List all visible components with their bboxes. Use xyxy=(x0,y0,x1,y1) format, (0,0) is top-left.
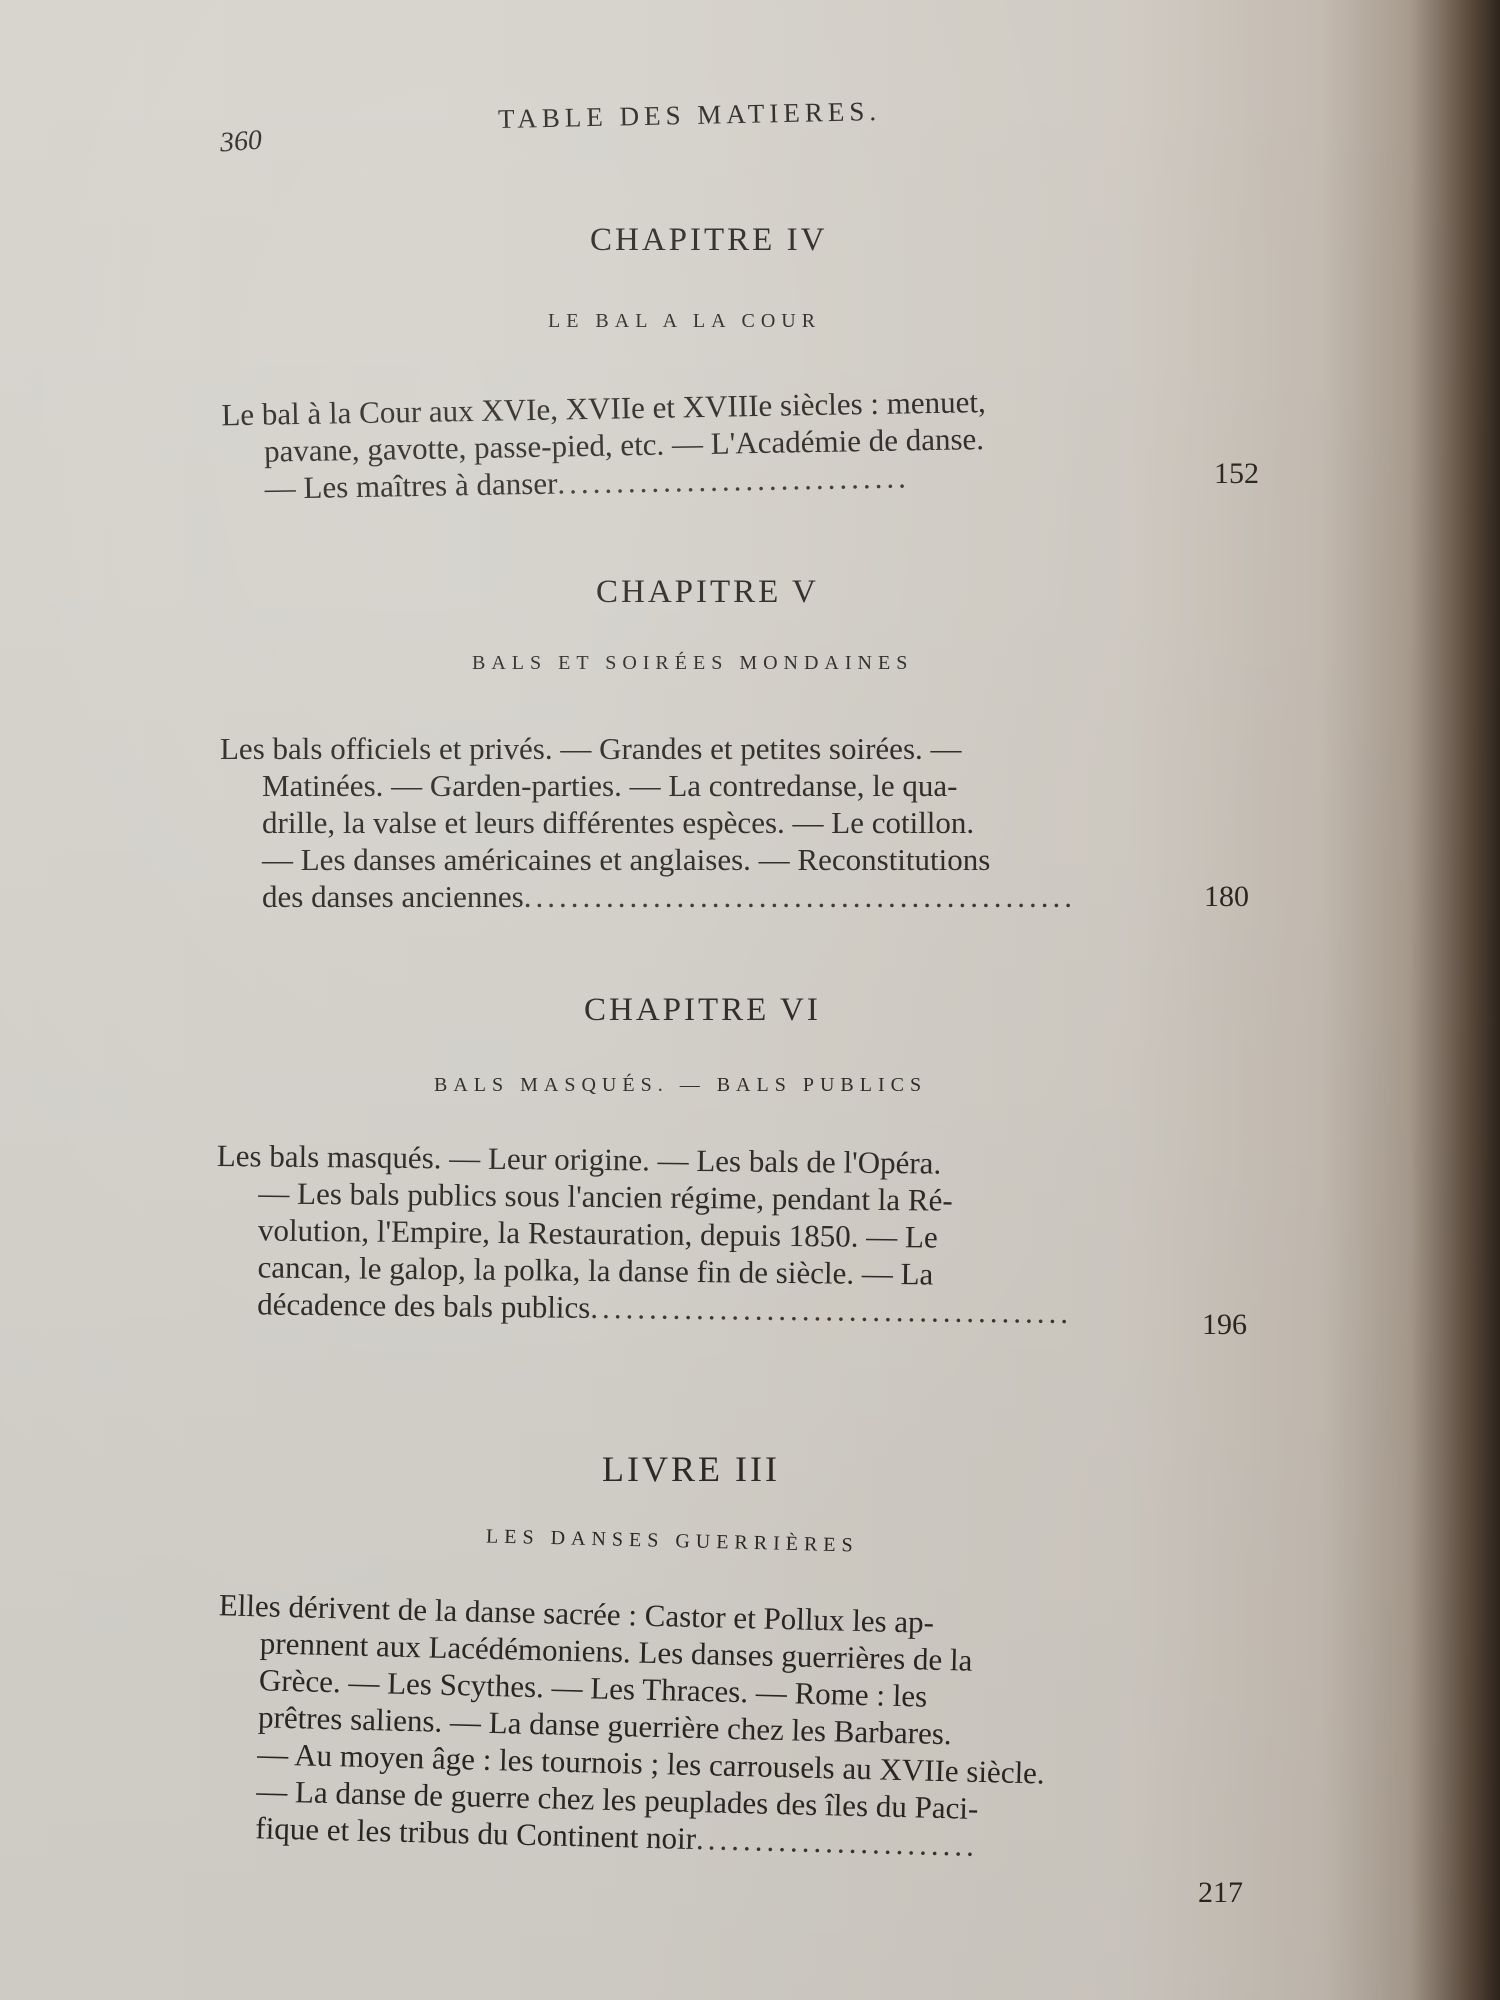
page-reference: 196 xyxy=(1202,1308,1247,1342)
chapter-title: CHAPITRE VI xyxy=(584,992,821,1029)
page-reference: 180 xyxy=(1204,880,1249,914)
toc-entry: Le bal à la Cour aux XVIe, XVIIe et XVII… xyxy=(221,380,1183,508)
book-page: 360 TABLE DES MATIERES. CHAPITRE IV LE B… xyxy=(0,0,1500,2000)
page-number: 360 xyxy=(219,125,263,160)
toc-entry-line: — Les danses américaines et anglaises. —… xyxy=(220,841,1180,878)
dot-leaders: ........................................… xyxy=(524,879,1076,914)
book-title: LIVRE III xyxy=(602,1448,780,1490)
toc-entry-line: drille, la valse et leurs différentes es… xyxy=(220,804,1180,841)
toc-entry-line-text: des danses anciennes xyxy=(262,879,524,914)
chapter-title: CHAPITRE V xyxy=(596,574,819,611)
toc-entry: Les bals officiels et privés. — Grandes … xyxy=(220,730,1180,915)
toc-entry: Elles dérivent de la danse sacrée : Cast… xyxy=(213,1586,1179,1868)
toc-entry-line: des danses anciennes....................… xyxy=(220,878,1180,915)
book-subtitle: LES DANSES GUERRIÈRES xyxy=(486,1525,859,1557)
chapter-subtitle: BALS ET SOIRÉES MONDAINES xyxy=(472,652,913,675)
chapter-subtitle: BALS MASQUÉS. — BALS PUBLICS xyxy=(434,1074,927,1097)
running-head: TABLE DES MATIERES. xyxy=(498,96,882,135)
chapter-subtitle: LE BAL A LA COUR xyxy=(548,310,821,333)
dot-leaders: ........................................… xyxy=(590,1290,1072,1330)
dot-leaders: .............................. xyxy=(557,459,910,500)
dot-leaders: ........................ xyxy=(696,1821,979,1863)
toc-entry-line-text: — Les maîtres à danser xyxy=(264,466,557,506)
toc-entry-line: Matinées. — Garden-parties. — La contred… xyxy=(220,767,1180,804)
toc-entry: Les bals masqués. — Leur origine. — Les … xyxy=(215,1137,1177,1332)
toc-entry-line: Les bals officiels et privés. — Grandes … xyxy=(220,730,1180,767)
page-reference: 152 xyxy=(1214,457,1259,491)
page-reference: 217 xyxy=(1198,1876,1243,1910)
toc-entry-line-text: décadence des bals publics xyxy=(257,1286,590,1324)
chapter-title: CHAPITRE IV xyxy=(590,222,827,259)
